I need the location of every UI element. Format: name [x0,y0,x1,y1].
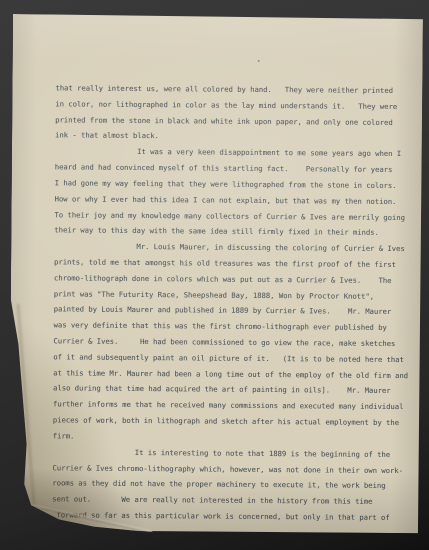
photo-backdrop: that really interest us, were all colore… [0,0,429,550]
paper-speck [258,60,260,62]
text-line: pieces of work, both in lithograph and s… [53,412,415,431]
left-edge-crease-shadow [17,304,37,509]
text-line: forward so far as this particular work i… [52,507,414,526]
typewritten-text: that really interest us, were all colore… [52,80,417,526]
manuscript-page: that really interest us, were all colore… [9,14,423,533]
